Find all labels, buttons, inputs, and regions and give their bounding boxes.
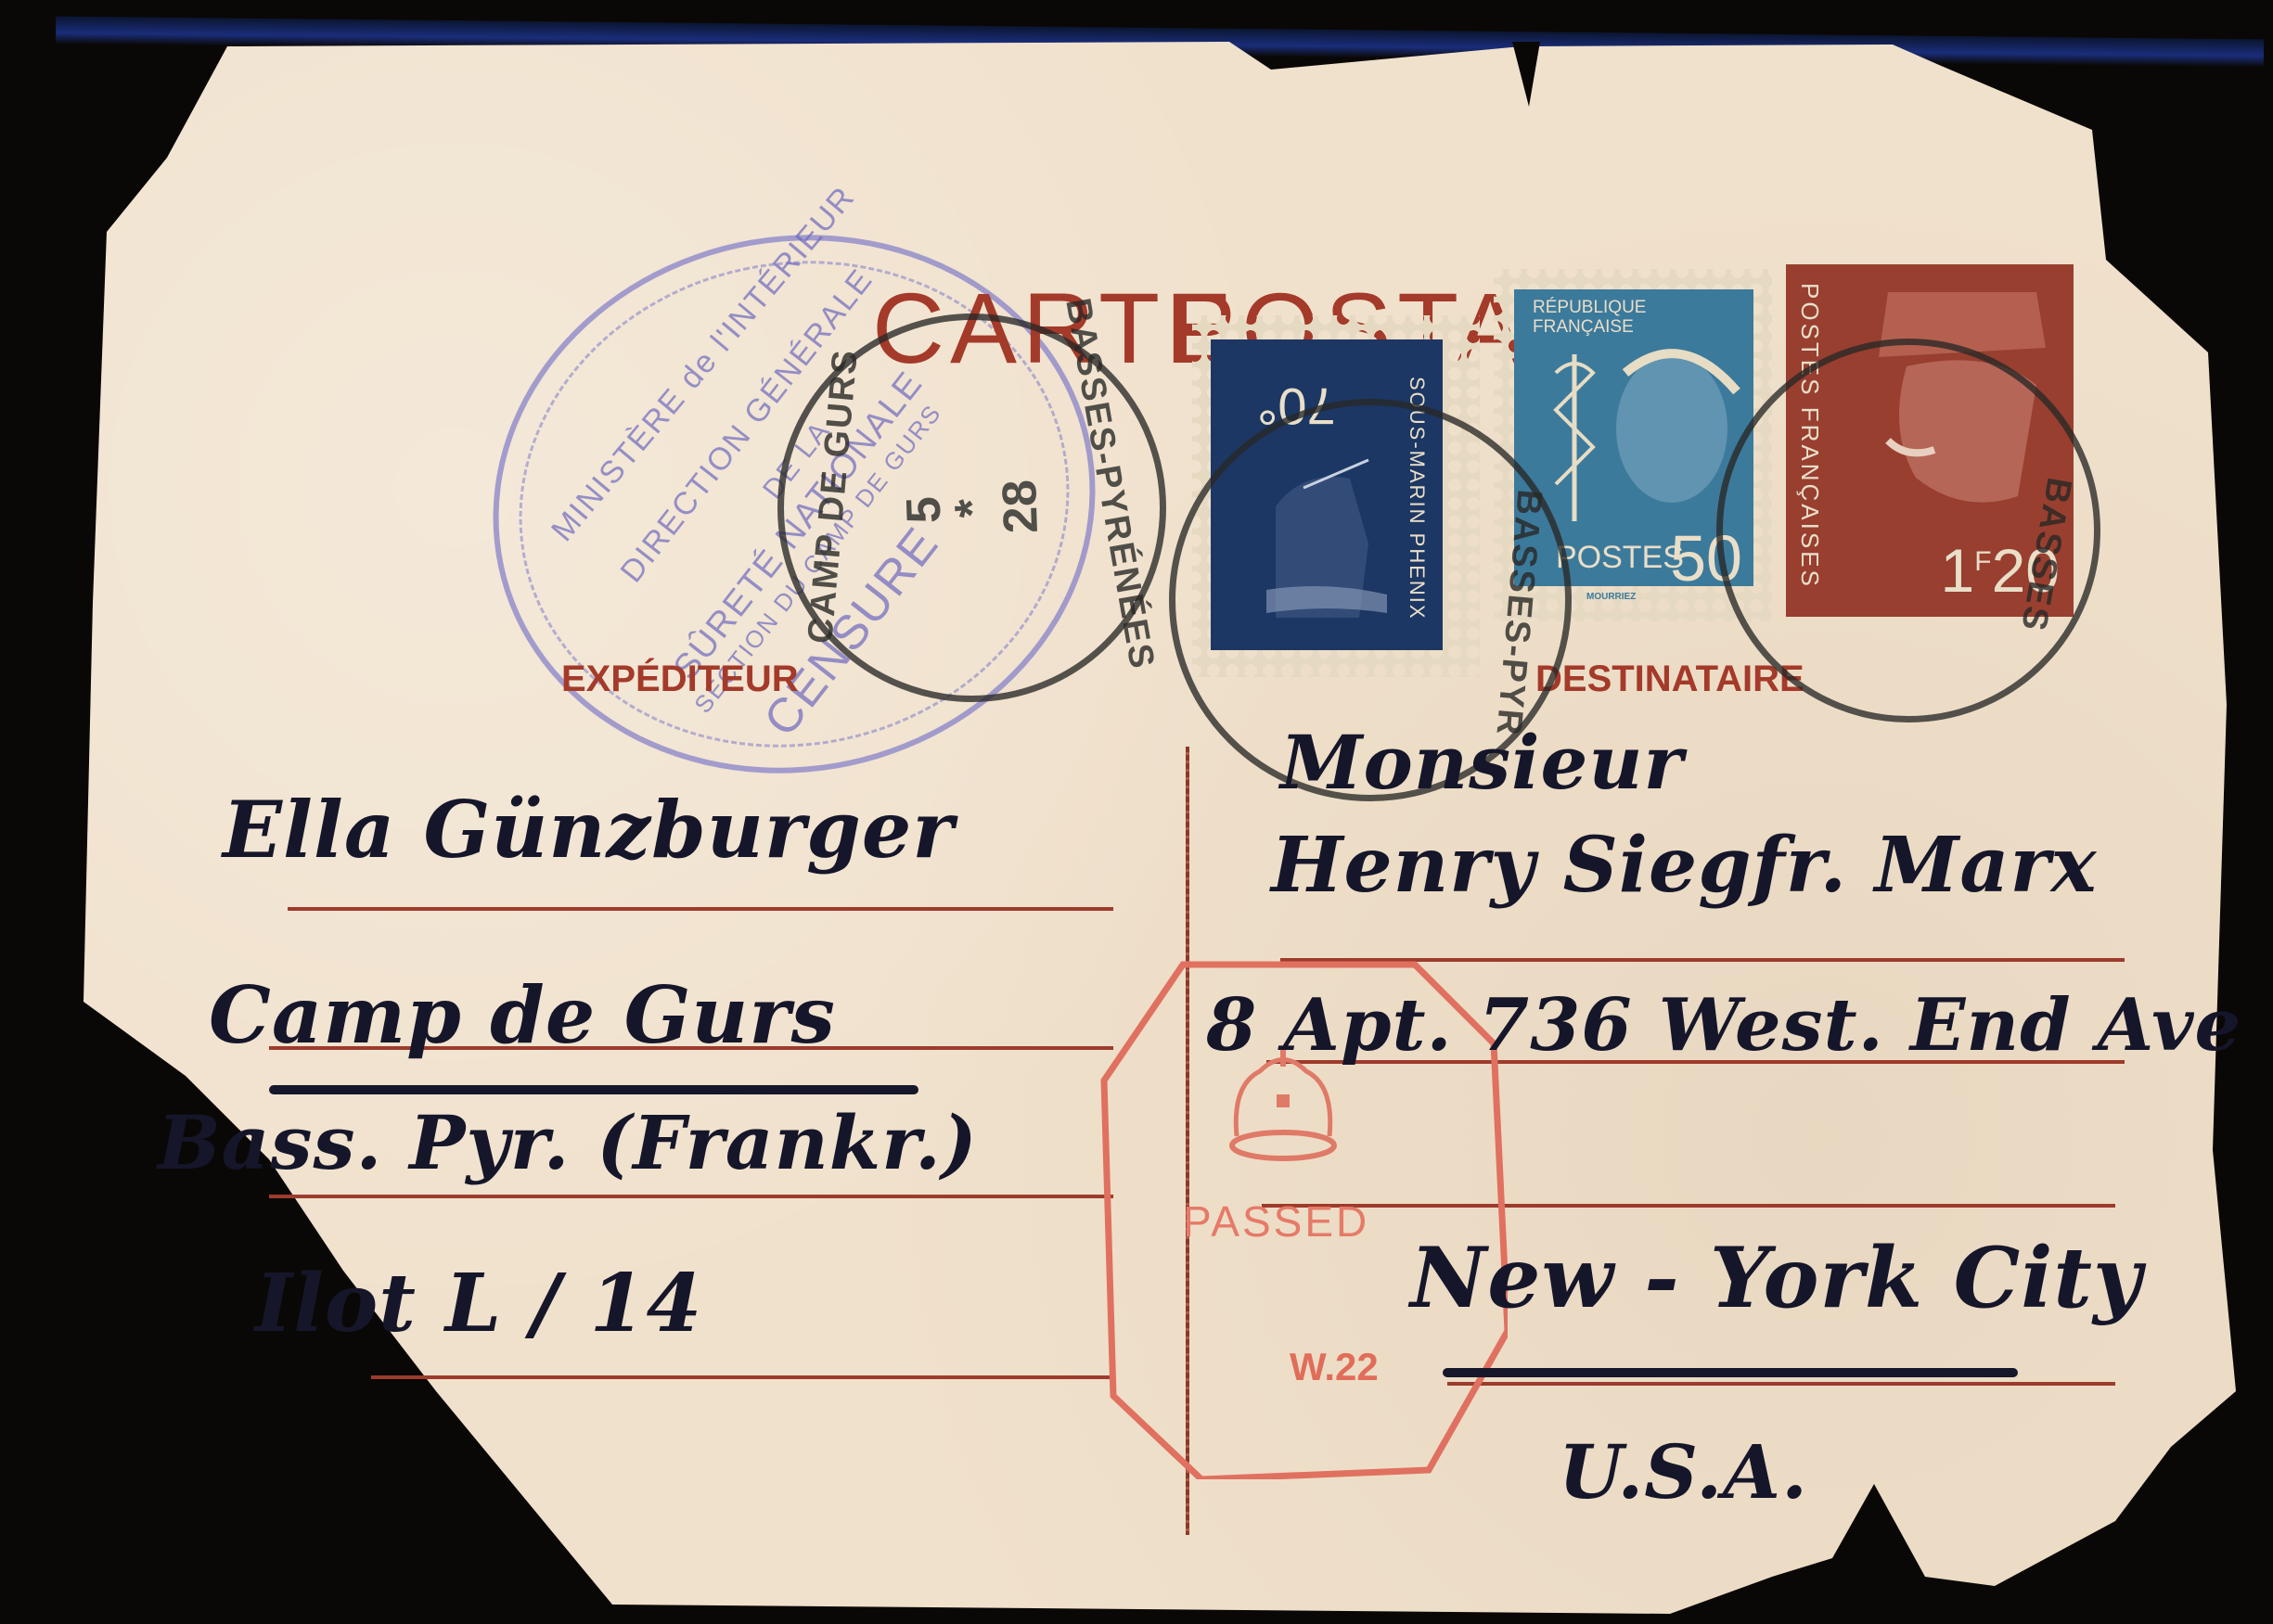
sender-camp-underline	[269, 1085, 918, 1094]
recipient-street: 8 Apt. 736 West. End Ave	[1206, 983, 2241, 1068]
recipient-country: U.S.A.	[1559, 1428, 1808, 1515]
sender-label: EXPÉDITEUR	[561, 659, 799, 700]
postmark-day: 28	[995, 479, 1045, 534]
sender-rule-3	[269, 1195, 1113, 1198]
postmark-ring-text: BASSES	[2012, 474, 2079, 634]
sender-ilot: Ilot L / 14	[255, 1257, 702, 1350]
stamp-50c-label: POSTES	[1556, 540, 1684, 576]
postmark-date: 5 * 28	[899, 479, 1046, 537]
postmark-ring-text: BASSES-PYR	[1487, 488, 1548, 738]
sender-region: Bass. Pyr. (Frankr.)	[158, 1099, 978, 1186]
stamp-50c-country: RÉPUBLIQUE FRANÇAISE	[1533, 299, 1690, 338]
recipient-city-underline	[1443, 1368, 2018, 1377]
postmark-camp-de-gurs-3: BASSES	[1716, 339, 2100, 722]
postmark-hour: 5	[899, 482, 949, 538]
sender-camp: Camp de Gurs	[209, 969, 836, 1061]
recipient-city: New - York City	[1410, 1229, 2142, 1327]
censor-code: W.22	[1290, 1345, 1379, 1389]
postmark-camp-de-gurs-1: CAMP DE GURS BASSES-PYRÉNÉES 5 * 28	[777, 313, 1166, 702]
sender-rule-1	[288, 907, 1113, 911]
recipient-salutation: Monsieur	[1280, 719, 1684, 806]
postmark-star: *	[947, 480, 997, 536]
sender-name: Ella Günzburger	[223, 784, 955, 876]
recipient-label: DESTINATAIRE	[1535, 659, 1804, 700]
sender-rule-4	[371, 1375, 1113, 1379]
mercury-head-icon	[1533, 336, 1746, 531]
recipient-name: Henry Siegfr. Marx	[1271, 821, 2098, 910]
passed-label: PASSED	[1183, 1196, 1369, 1247]
recipient-rule-4	[1447, 1382, 2115, 1386]
stamp-50c-engraver: MOURRIEZ	[1586, 592, 1636, 602]
